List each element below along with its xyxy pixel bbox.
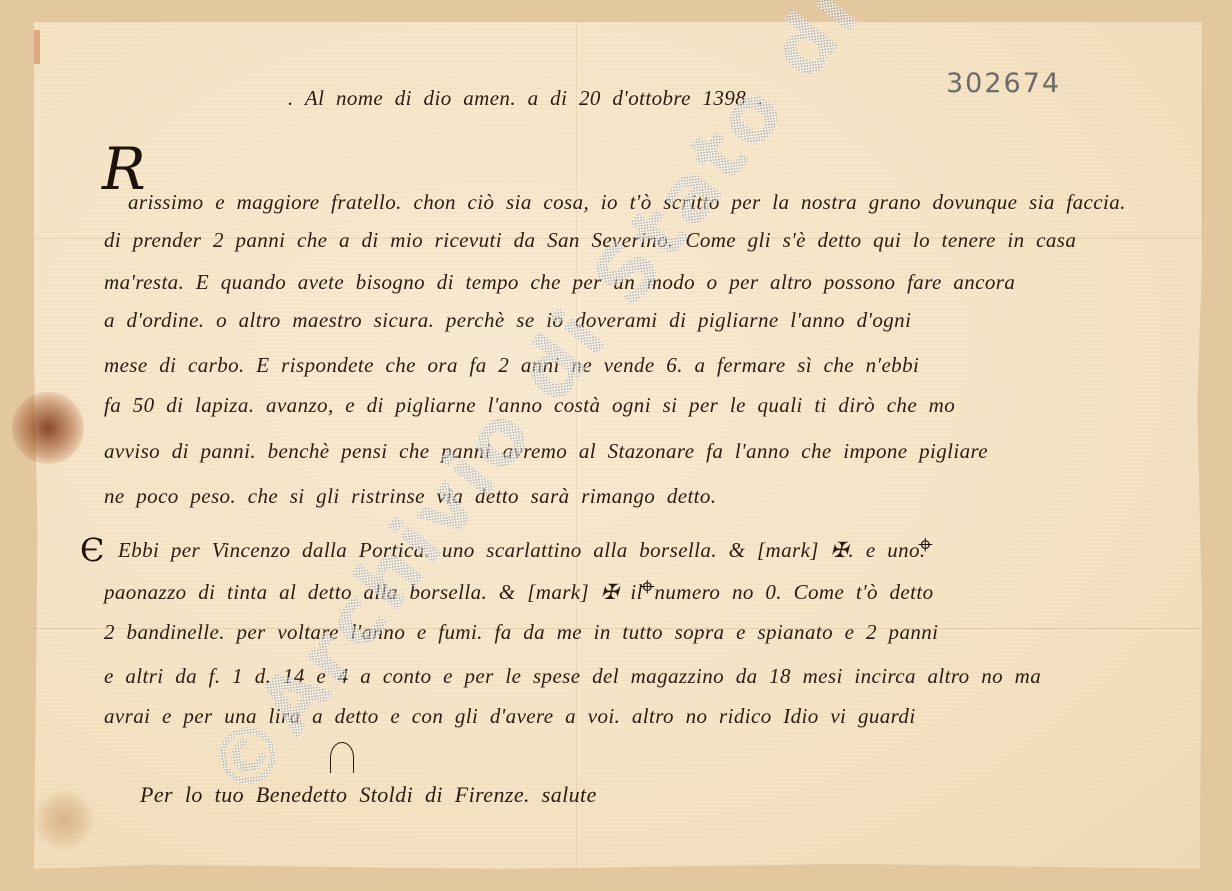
body-line: 2 bandinelle. per voltare l'anno e fumi.… [104,620,938,645]
merchant-mark-icon: ⌖ [640,572,655,603]
water-stain [34,790,94,850]
letter-header: . Al nome di dio amen. a di 20 d'ottobre… [288,86,763,111]
signature-flourish [330,742,354,773]
paragraph-mark-icon: Є [80,534,104,566]
body-line: paonazzo di tinta al detto alla borsella… [104,580,934,605]
signature: Per lo tuo Benedetto Stoldi di Firenze. … [140,782,597,808]
archive-number: 302674 [946,68,1061,99]
wax-seal-stain [12,392,84,464]
body-line: Ebbi per Vincenzo dalla Portica. uno sca… [118,538,926,563]
body-line: a d'ordine. o altro maestro sicura. perc… [104,308,911,333]
rust-stain [34,30,40,64]
body-line: e altri da f. 1 d. 14 e 4 a conto e per … [104,664,1041,689]
merchant-mark-icon: ⌖ [918,530,933,561]
